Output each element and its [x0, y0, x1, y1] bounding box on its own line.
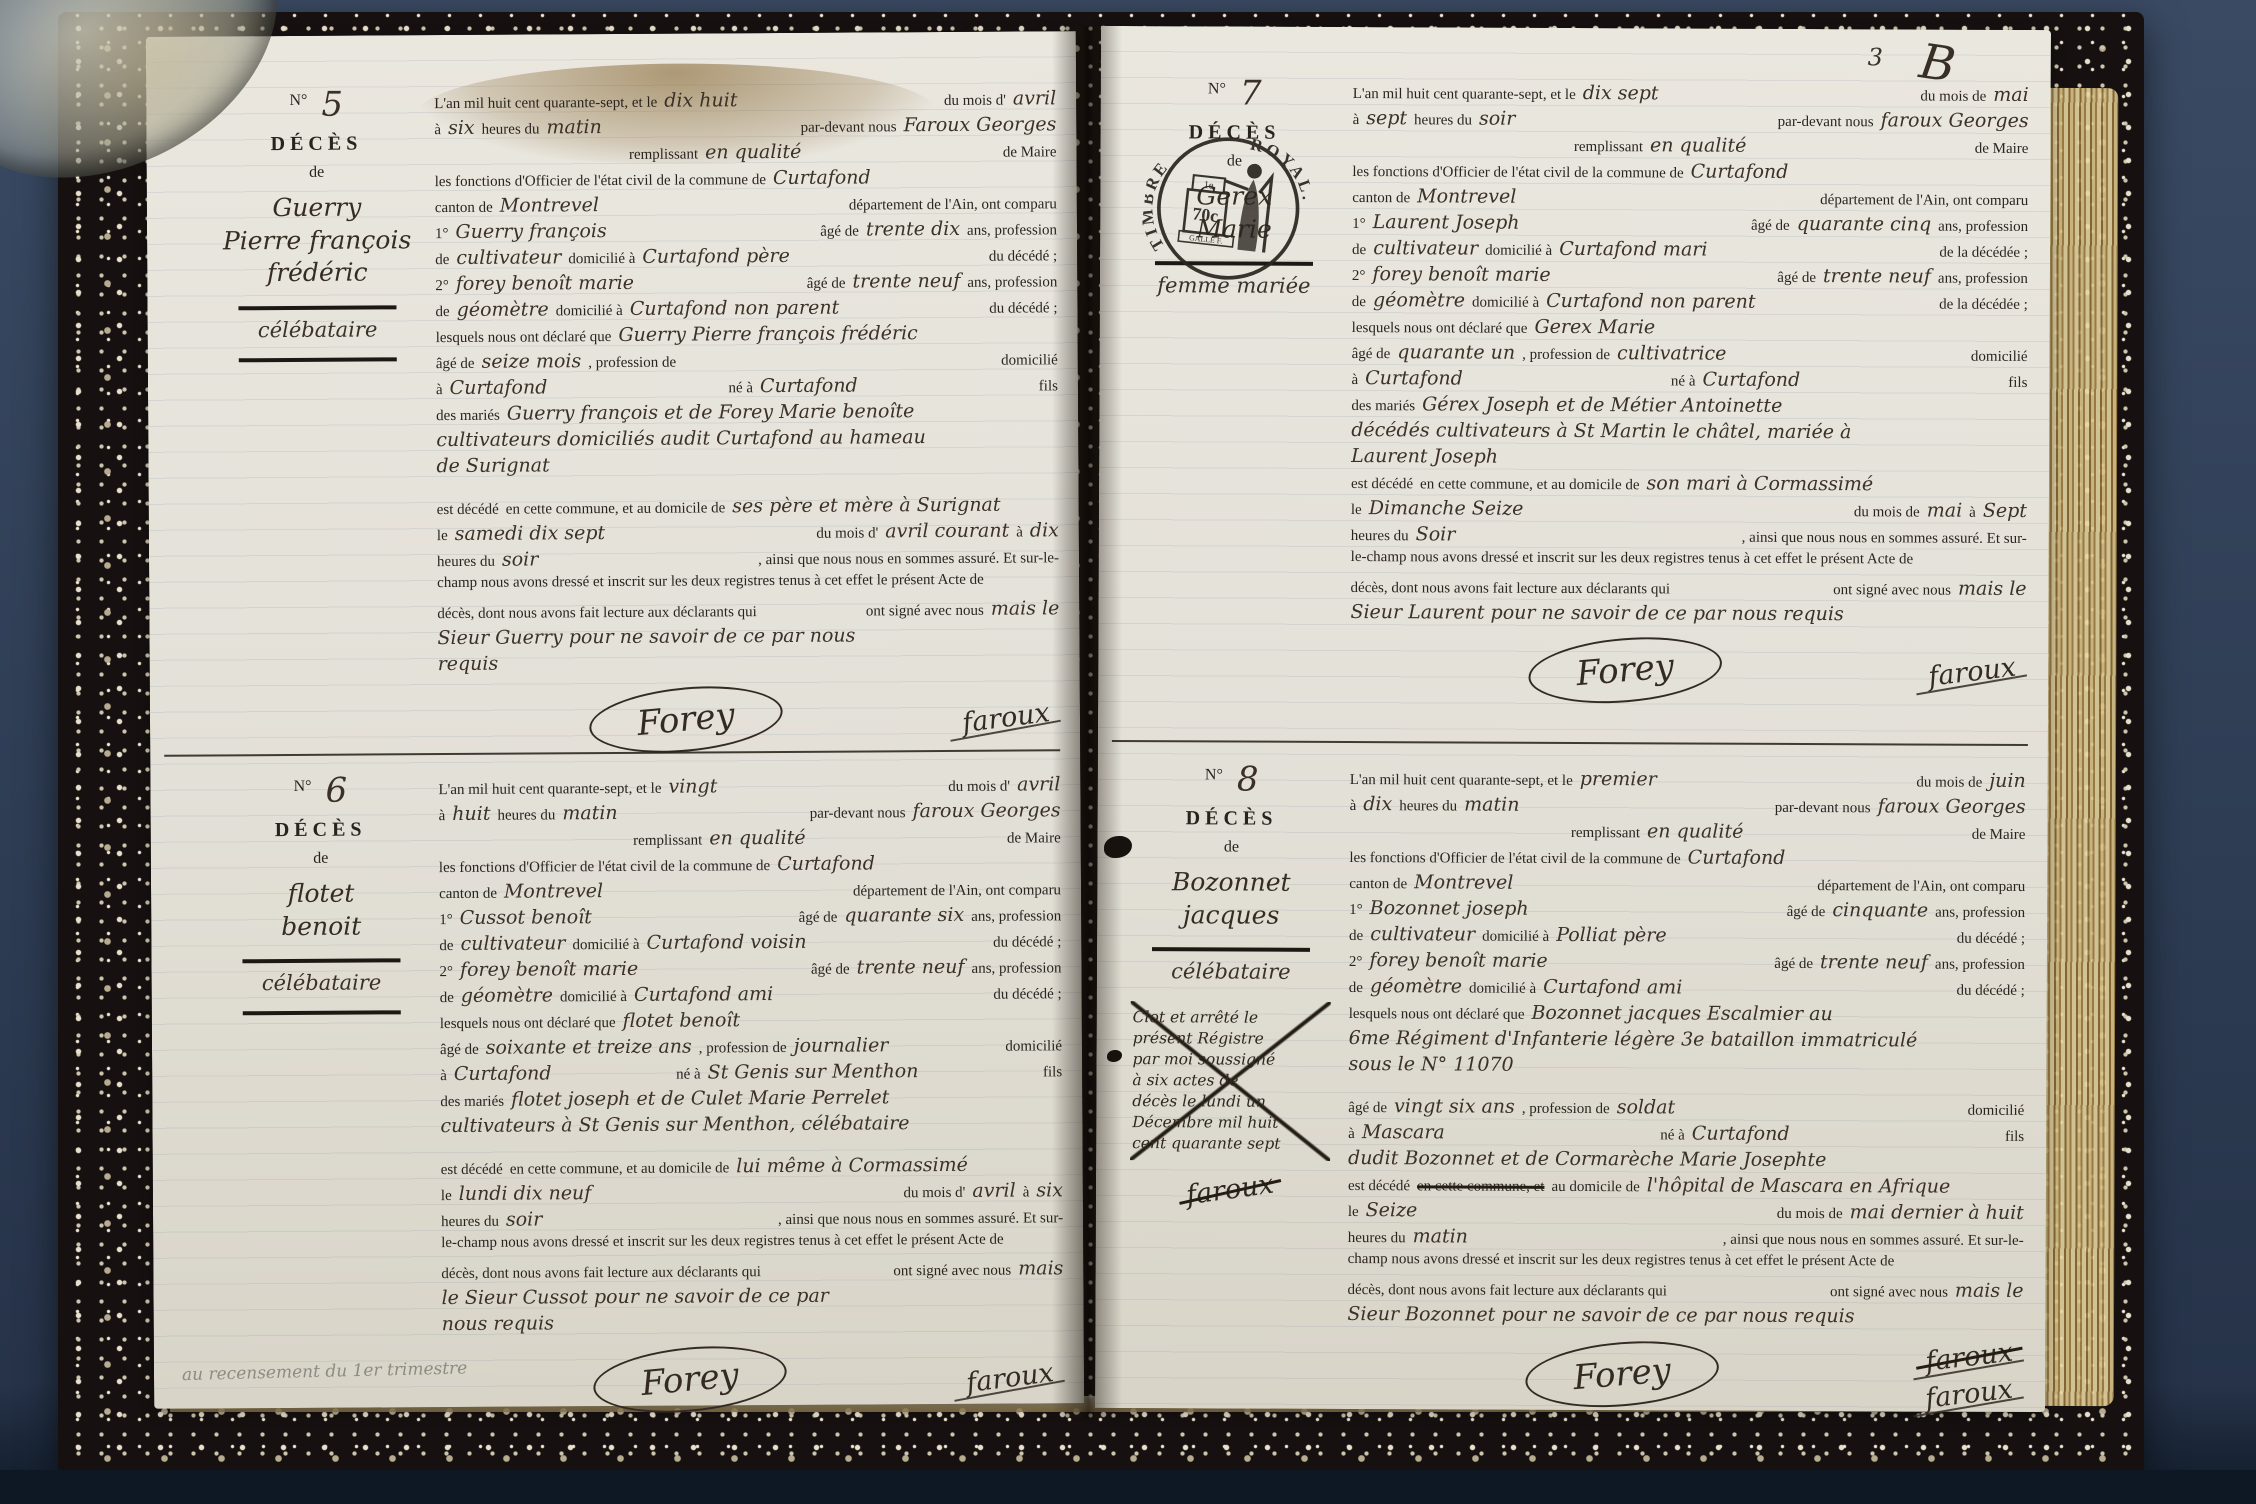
- handwritten-text: mai: [1993, 84, 2029, 106]
- record-line: lesquels nous ont déclaré queBozonnet ja…: [1349, 1001, 2025, 1030]
- printed-form-text: ans, profession: [971, 908, 1061, 926]
- handwritten-text: soir: [506, 1208, 542, 1230]
- printed-form-text: à: [1016, 525, 1023, 542]
- record-number-label: N°: [289, 92, 307, 110]
- record-line: de Surignat: [436, 451, 1058, 481]
- printed-form-text: de: [435, 252, 449, 269]
- printed-form-text: à: [1023, 1184, 1030, 1201]
- printed-form-text: canton de: [1352, 190, 1410, 207]
- handwritten-text: six: [448, 117, 475, 139]
- record-line: àCurtafondné àSt Genis sur Menthonfils: [440, 1059, 1062, 1089]
- handwritten-text: seize mois: [481, 350, 581, 373]
- record-line: 1°Bozonnet josephâgé decinquanteans, pro…: [1349, 897, 2025, 926]
- record-7-body: L'an mil huit cent quarante-sept, et led…: [1350, 81, 2029, 704]
- crossed-note-line: décès le lundi un: [1132, 1091, 1328, 1113]
- signature-row: Foreyfarouxfaroux: [1347, 1339, 2023, 1410]
- signature-stack: faroux: [952, 1362, 1054, 1394]
- handwritten-text: 6me Régiment d'Infanterie légère 3e bata…: [1349, 1027, 1918, 1051]
- printed-form-text: canton de: [435, 200, 493, 217]
- printed-form-text: département de l'Ain, ont comparu: [853, 882, 1061, 900]
- handwritten-text: trente neuf: [852, 270, 960, 293]
- margin-de-label: de: [213, 163, 421, 182]
- printed-form-text: de Maire: [1975, 141, 2029, 158]
- printed-form-text: à: [439, 808, 446, 825]
- record-number: 8: [1237, 767, 1259, 794]
- handwritten-text: Montrevel: [504, 880, 603, 903]
- printed-form-text: canton de: [439, 886, 497, 903]
- printed-form-text: de la décédée ;: [1939, 245, 2028, 262]
- deceased-name-line: jacques: [1127, 899, 1335, 932]
- printed-form-text: L'an mil huit cent quarante-sept, et le: [438, 781, 661, 799]
- printed-form-text: L'an mil huit cent quarante-sept, et le: [434, 95, 657, 113]
- printed-form-text: le: [437, 528, 448, 545]
- handwritten-text: Mascara: [1362, 1121, 1445, 1143]
- printed-form-text: heures du: [1351, 528, 1409, 545]
- record-number-label: N°: [294, 778, 312, 796]
- printed-form-text: 2°: [1352, 268, 1366, 285]
- printed-form-text: à: [1353, 112, 1360, 129]
- handwritten-text: trente neuf: [857, 956, 965, 979]
- handwritten-text: nous requis: [442, 1312, 554, 1335]
- printed-form-text: le: [441, 1188, 452, 1205]
- deceased-name-line: flotet: [217, 877, 425, 911]
- printed-form-text: de: [1349, 928, 1363, 945]
- record-number-label: N°: [1208, 80, 1226, 98]
- record-line: décès, dont nous avons fait lecture aux …: [441, 1257, 1063, 1287]
- handwritten-text: Curtafond: [773, 166, 871, 189]
- record-line: champ nous avons dressé et inscrit sur l…: [1348, 1251, 2024, 1280]
- printed-form-text: , ainsi que nous nous en sommes assuré. …: [1723, 1232, 2024, 1250]
- printed-form-text: est décédé: [437, 502, 499, 519]
- printed-form-text: âgé de: [1774, 956, 1813, 973]
- handwritten-text: matin: [546, 116, 601, 138]
- handwritten-text: en qualité: [1650, 134, 1746, 156]
- record-8-margin: N°8DÉCÈSdeBozonnetjacquescélébataireClot…: [1126, 766, 1336, 1206]
- printed-form-text: domicilié à: [1472, 295, 1539, 312]
- printed-form-text: remplissant: [629, 146, 698, 163]
- handwritten-text: Curtafond non parent: [1546, 290, 1755, 313]
- handwritten-text: journalier: [794, 1034, 889, 1057]
- record-line: est décédéen cette commune, et au domici…: [1351, 471, 2027, 500]
- handwritten-text: dix sept: [1583, 82, 1659, 104]
- handwritten-text: lui même à Cormassimé: [736, 1154, 968, 1177]
- printed-form-text: âgé de: [807, 276, 846, 293]
- handwritten-text: trente neuf: [1823, 265, 1931, 287]
- handwritten-text: trente dix: [866, 218, 960, 241]
- record-line: decultivateurdomicilié àCurtafond maride…: [1352, 237, 2028, 266]
- printed-form-text: est décédé: [1348, 1178, 1410, 1195]
- printed-form-text: lesquels nous ont déclaré que: [440, 1015, 616, 1033]
- margin-rule: [238, 305, 396, 310]
- stamp-value: 70c: [1191, 203, 1219, 226]
- record-line: les fonctions d'Officier de l'état civil…: [435, 165, 1057, 195]
- margin-rule: [239, 357, 397, 362]
- handwritten-text: flotet benoît: [623, 1009, 741, 1032]
- page-edges-right: [2044, 88, 2119, 1406]
- record-5-margin: N°5DÉCÈSdeGuerryPierre françoisfrédéricc…: [212, 91, 422, 370]
- crossed-note-line: par moi soussigné: [1132, 1049, 1328, 1071]
- record-line: est décédéen cette commune, etau domicil…: [1348, 1173, 2024, 1202]
- printed-form-text: du mois d': [816, 525, 878, 542]
- printed-form-text: en cette commune, et: [1417, 1178, 1545, 1196]
- record-line: àsixheures dumatinpar-devant nousFaroux …: [434, 113, 1056, 143]
- record-line: decultivateurdomicilié àCurtafond pèredu…: [435, 243, 1057, 273]
- record-line: lelundi dix neufdu mois d'avrilàsix: [441, 1179, 1063, 1209]
- record-line: 2°forey benoît marieâgé detrente neufans…: [439, 955, 1061, 985]
- record-line: remplissanten qualitéde Maire: [439, 825, 1061, 855]
- printed-form-text: ont signé avec nous: [1833, 582, 1951, 600]
- handwritten-text: Sept: [1983, 500, 2027, 522]
- record-line: Sieur Guerry pour ne savoir de ce par no…: [437, 623, 1059, 653]
- death-record-8: N°8DÉCÈSdeBozonnetjacquescélébataireClot…: [1125, 766, 2030, 1410]
- record-line: décès, dont nous avons fait lecture aux …: [1351, 575, 2027, 604]
- crossed-note-line: Clot et arrêté le: [1133, 1007, 1329, 1029]
- handwritten-text: juin: [1989, 770, 2026, 792]
- record-line: canton deMontreveldépartement de l'Ain, …: [439, 877, 1061, 907]
- printed-form-text: ont signé avec nous: [1830, 1284, 1948, 1302]
- printed-form-text: ont signé avec nous: [893, 1263, 1011, 1281]
- deceased-name: flotetbenoit: [217, 877, 425, 943]
- signature-stack: farouxfaroux: [1911, 1341, 2013, 1409]
- printed-form-text: du mois d': [944, 93, 1006, 110]
- printed-form-text: à: [436, 382, 443, 399]
- handwritten-text: Soir: [1416, 523, 1456, 545]
- record-line: décès, dont nous avons fait lecture aux …: [1347, 1277, 2023, 1306]
- record-line: heures dumatin, ainsi que nous nous en s…: [1348, 1225, 2024, 1254]
- printed-form-text: de: [440, 990, 454, 1007]
- handwritten-text: forey benoît marie: [460, 958, 638, 981]
- printed-form-text: né à: [728, 380, 753, 397]
- printed-form-text: domicilié: [1971, 349, 2028, 366]
- deceased-name-line: benoit: [217, 910, 425, 944]
- handwritten-text: Montrevel: [1417, 185, 1516, 207]
- handwritten-text: cultivateur: [456, 246, 561, 269]
- handwritten-text: Faroux Georges: [903, 113, 1056, 136]
- handwritten-text: faroux Georges: [1881, 109, 2029, 132]
- printed-form-text: par-devant nous: [1775, 800, 1871, 817]
- handwritten-text: quarante un: [1397, 341, 1515, 364]
- printed-form-text: de la décédée ;: [1939, 297, 2028, 314]
- printed-form-text: du mois d': [903, 1185, 965, 1202]
- signature-forey: Forey: [587, 679, 786, 761]
- signature-forey: Forey: [1523, 1334, 1721, 1414]
- handwritten-text: Curtafond ami: [634, 983, 773, 1006]
- record-number-label: N°: [1205, 766, 1223, 784]
- record-line: les fonctions d'Officier de l'état civil…: [1349, 845, 2025, 874]
- record-line: 2°forey benoît marieâgé detrente neufans…: [1352, 263, 2028, 292]
- printed-form-text: lesquels nous ont déclaré que: [1352, 320, 1528, 338]
- record-line: degéomètredomicilié àCurtafond amidu déc…: [440, 981, 1062, 1011]
- record-line: canton deMontreveldépartement de l'Ain, …: [1352, 185, 2028, 214]
- handwritten-text: matin: [1413, 1225, 1468, 1247]
- printed-form-text: ans, profession: [1938, 219, 2028, 236]
- printed-form-text: est décédé: [441, 1162, 503, 1179]
- record-line: lesquels nous ont déclaré queGuerry Pier…: [436, 321, 1058, 351]
- printed-form-text: né à: [1671, 373, 1696, 390]
- handwritten-text: sous le N° 11070: [1348, 1053, 1513, 1076]
- printed-form-text: âgé de: [1787, 904, 1826, 921]
- printed-form-text: , profession de: [1522, 347, 1610, 364]
- printed-form-text: des mariés: [436, 408, 500, 425]
- record-line: decultivateurdomicilié àCurtafond voisin…: [439, 929, 1061, 959]
- signature-faroux: faroux: [1927, 651, 2018, 692]
- printed-form-text: de Maire: [1972, 827, 2026, 844]
- record-line: canton deMontreveldépartement de l'Ain, …: [435, 191, 1057, 221]
- record-number-row: N°6: [216, 777, 424, 805]
- handwritten-text: samedi dix sept: [455, 522, 606, 545]
- handwritten-text: mai dernier à huit: [1850, 1201, 2024, 1224]
- record-line: cultivateurs à St Genis sur Menthon, cél…: [440, 1111, 1062, 1141]
- record-line: L'an mil huit cent quarante-sept, et led…: [434, 87, 1056, 117]
- printed-form-text: domicilié à: [1485, 243, 1552, 260]
- printed-form-text: du décédé ;: [1957, 931, 2025, 948]
- printed-form-text: de: [1349, 980, 1363, 997]
- record-line: 2°forey benoît marieâgé detrente neufans…: [1349, 949, 2025, 978]
- crossed-note-line: présent Régistre: [1133, 1028, 1329, 1050]
- printed-form-text: à: [440, 1068, 447, 1085]
- handwritten-text: Guerry françois et de Forey Marie benoît…: [507, 400, 915, 424]
- printed-form-text: département de l'Ain, ont comparu: [1820, 192, 2028, 210]
- printed-form-text: par-devant nous: [1778, 114, 1874, 131]
- printed-form-text: en cette commune, et au domicile de: [1420, 476, 1640, 494]
- printed-form-text: le-champ nous avons dressé et inscrit su…: [441, 1232, 1004, 1252]
- printed-form-text: de: [1352, 242, 1366, 259]
- record-number-row: N°5: [212, 91, 420, 119]
- deceased-name-line: Guerry: [213, 191, 421, 225]
- printed-form-text: le: [1348, 1204, 1359, 1221]
- record-line: est décédéen cette commune, et au domici…: [437, 493, 1059, 523]
- printed-form-text: âgé de: [799, 910, 838, 927]
- record-number-row: N°8: [1128, 766, 1336, 794]
- handwritten-text: Curtafond mari: [1559, 238, 1707, 261]
- printed-form-text: âgé de: [436, 356, 475, 373]
- record-line: les fonctions d'Officier de l'état civil…: [439, 851, 1061, 881]
- record-7-margin: TIMBRE ROYAL. 1e 70c GALLE F.: [1130, 80, 1339, 298]
- margin-deces-heading: DÉCÈS: [217, 818, 425, 842]
- printed-form-text: par-devant nous: [801, 119, 897, 137]
- handwritten-text: le Sieur Cussot pour ne savoir de ce par: [441, 1285, 828, 1309]
- record-line: le-champ nous avons dressé et inscrit su…: [1351, 549, 2027, 578]
- printed-form-text: de Maire: [1003, 144, 1057, 161]
- record-line: décédés cultivateurs à St Martin le chât…: [1351, 419, 2027, 448]
- folio-number: 3: [1868, 43, 1883, 71]
- handwritten-text: Polliat père: [1556, 924, 1667, 946]
- printed-form-text: né à: [676, 1066, 701, 1083]
- deceased-name: GuerryPierre françoisfrédéric: [213, 191, 422, 290]
- register-page-right: 3 B TIMBRE ROYAL. 1e: [1095, 26, 2051, 1412]
- record-line: 6me Régiment d'Infanterie légère 3e bata…: [1349, 1027, 2025, 1056]
- record-line: âgé deseize mois, profession dedomicilié: [436, 347, 1058, 377]
- printed-form-text: en cette commune, et au domicile de: [506, 500, 726, 518]
- signature-row: Foreyfaroux: [438, 685, 1060, 753]
- printed-form-text: décès, dont nous avons fait lecture aux …: [437, 604, 757, 623]
- record-6-margin: N°6DÉCÈSdeflotetbenoitcélébataire: [216, 777, 425, 1023]
- printed-form-text: du mois de: [1920, 89, 1986, 106]
- record-line: 1°Laurent Josephâgé dequarante cinqans, …: [1352, 211, 2028, 240]
- printed-form-text: L'an mil huit cent quarante-sept, et le: [1353, 86, 1576, 104]
- record-line: leDimanche Seizedu mois demaiàSept: [1351, 497, 2027, 526]
- printed-form-text: domicilié à: [1469, 981, 1536, 998]
- handwritten-text: forey benoît marie: [1372, 263, 1550, 286]
- record-line: 1°Cussot benoîtâgé dequarante sixans, pr…: [439, 903, 1061, 933]
- handwritten-text: Sieur Bozonnet pour ne savoir de ce par …: [1347, 1303, 1854, 1327]
- crossed-note-line: Décembre mil huit: [1132, 1112, 1328, 1134]
- printed-form-text: né à: [1660, 1127, 1685, 1144]
- printed-form-text: à: [1350, 798, 1357, 815]
- signature-faroux: faroux: [960, 697, 1051, 739]
- record-8-body: L'an mil huit cent quarante-sept, et lep…: [1347, 767, 2026, 1410]
- deceased-name-line: Bozonnet: [1127, 866, 1335, 899]
- printed-form-text: , ainsi que nous nous en sommes assuré. …: [758, 550, 1059, 569]
- handwritten-text: Curtafond: [450, 376, 548, 399]
- printed-form-text: à: [1351, 372, 1358, 389]
- handwritten-text: soldat: [1617, 1096, 1676, 1118]
- record-line: degéomètredomicilié àCurtafond non paren…: [435, 295, 1057, 325]
- record-line: àCurtafondné àCurtafondfils: [436, 373, 1058, 403]
- handwritten-text: vingt: [668, 775, 717, 797]
- printed-form-text: heures du: [497, 807, 555, 824]
- record-line: remplissanten qualitéde Maire: [1349, 819, 2025, 848]
- crossed-closure-note: Clot et arrêté leprésent Régistrepar moi…: [1130, 1001, 1331, 1160]
- printed-form-text: en cette commune, et au domicile de: [510, 1160, 730, 1178]
- printed-form-text: ans, profession: [1935, 905, 2025, 922]
- printed-form-text: heures du: [482, 121, 540, 138]
- printed-form-text: de: [435, 304, 449, 321]
- signature-stack: faroux: [1914, 656, 2016, 687]
- margin-rule: [243, 1011, 401, 1016]
- printed-form-text: est décédé: [1351, 476, 1413, 493]
- death-record-5: N°5DÉCÈSdeGuerryPierre françoisfrédéricc…: [212, 87, 1064, 748]
- record-line: âgé devingt six ans, profession desoldat…: [1348, 1095, 2024, 1124]
- record-line: requis: [438, 649, 1060, 679]
- signature-row: Foreyfaroux: [442, 1345, 1064, 1413]
- printed-form-text: décès, dont nous avons fait lecture aux …: [441, 1264, 761, 1283]
- printed-form-text: les fonctions d'Officier de l'état civil…: [435, 172, 766, 191]
- handwritten-text: huit: [452, 803, 490, 825]
- handwritten-text: l'hôpital de Mascara en Afrique: [1647, 1174, 1951, 1197]
- printed-form-text: de: [1352, 294, 1366, 311]
- handwritten-text: Curtafond: [454, 1062, 552, 1085]
- handwritten-text: soixante et treize ans: [486, 1036, 692, 1059]
- handwritten-text: avril: [1013, 87, 1056, 109]
- handwritten-text: son mari à Cormassimé: [1647, 472, 1874, 495]
- record-line: est décédéen cette commune, et au domici…: [441, 1153, 1063, 1183]
- record-line: remplissanten qualitéde Maire: [434, 139, 1056, 169]
- handwritten-text: Laurent Joseph: [1351, 445, 1498, 468]
- printed-form-text: 2°: [439, 964, 453, 981]
- record-line: décès, dont nous avons fait lecture aux …: [437, 597, 1059, 627]
- printed-form-text: domicilié à: [572, 937, 639, 954]
- printed-form-text: ans, profession: [971, 960, 1061, 978]
- record-line: lesquels nous ont déclaré queflotet beno…: [440, 1007, 1062, 1037]
- handwritten-text: soir: [1479, 108, 1515, 130]
- handwritten-text: Curtafond: [1692, 1123, 1790, 1145]
- printed-form-text: du mois de: [1916, 774, 1982, 791]
- handwritten-text: en qualité: [705, 141, 801, 164]
- record-line: sous le N° 11070: [1348, 1053, 2024, 1082]
- handwritten-text: soir: [502, 548, 538, 570]
- printed-form-text: département de l'Ain, ont comparu: [1817, 878, 2025, 896]
- handwritten-text: Curtafond: [1702, 369, 1800, 391]
- printed-form-text: le: [1351, 502, 1362, 519]
- printed-form-text: à: [434, 122, 441, 139]
- record-line: àCurtafondné àCurtafondfils: [1351, 367, 2027, 396]
- printed-form-text: du décédé ;: [1956, 983, 2024, 1000]
- printed-form-text: les fonctions d'Officier de l'état civil…: [1352, 164, 1683, 182]
- printed-form-text: les fonctions d'Officier de l'état civil…: [439, 858, 770, 877]
- record-line: L'an mil huit cent quarante-sept, et lev…: [438, 773, 1060, 803]
- record-number-row: N°7: [1131, 80, 1339, 108]
- handwritten-text: Curtafond: [1365, 367, 1463, 389]
- handwritten-text: dix huit: [664, 89, 737, 111]
- handwritten-text: quarante cinq: [1797, 213, 1932, 236]
- crossed-signature: faroux: [1184, 1168, 1275, 1211]
- handwritten-text: Sieur Laurent pour ne savoir de ce par n…: [1350, 601, 1843, 625]
- record-line: lesamedi dix septdu mois d'avril courant…: [437, 519, 1059, 549]
- record-line: leSeizedu mois demai dernier à huit: [1348, 1199, 2024, 1228]
- printed-form-text: du mois de: [1777, 1206, 1843, 1223]
- margin-de-label: de: [1127, 838, 1335, 857]
- handwritten-text: premier: [1580, 768, 1657, 790]
- death-record-6: N°6DÉCÈSdeflotetbenoitcélébataire L'an m…: [216, 773, 1068, 1398]
- handwritten-text: Guerry françois: [455, 220, 606, 243]
- printed-form-text: les fonctions d'Officier de l'état civil…: [1349, 850, 1680, 868]
- printed-form-text: lesquels nous ont déclaré que: [436, 329, 612, 347]
- handwritten-text: avril: [972, 1180, 1015, 1202]
- handwritten-text: faroux Georges: [1878, 795, 2026, 818]
- handwritten-text: forey benoît marie: [456, 272, 634, 295]
- marital-status: célébataire: [214, 317, 422, 342]
- handwritten-text: cinquante: [1832, 899, 1928, 921]
- record-line: des mariésGérex Joseph et de Métier Anto…: [1351, 393, 2027, 422]
- printed-form-text: , profession de: [699, 1040, 787, 1058]
- printed-form-text: domicilié à: [556, 303, 623, 320]
- signature-stack: faroux: [948, 702, 1050, 734]
- record-line: degéomètredomicilié àCurtafond amidu déc…: [1349, 975, 2025, 1004]
- handwritten-text: cultivateur: [1373, 237, 1478, 259]
- signature-faroux: faroux: [1924, 1337, 2015, 1378]
- printed-form-text: à: [1348, 1126, 1355, 1143]
- signature-forey: Forey: [1526, 630, 1724, 710]
- signature-faroux: faroux: [1924, 1374, 2015, 1415]
- printed-form-text: L'an mil huit cent quarante-sept, et le: [1350, 772, 1573, 790]
- handwritten-text: géomètre: [1373, 289, 1465, 311]
- margin-rule: [1152, 947, 1310, 952]
- record-line: des mariésGuerry françois et de Forey Ma…: [436, 399, 1058, 429]
- printed-form-text: , profession de: [1522, 1101, 1610, 1118]
- printed-form-text: par-devant nous: [810, 805, 906, 823]
- handwritten-text: en qualité: [1647, 820, 1743, 842]
- printed-form-text: au domicile de: [1551, 1179, 1639, 1196]
- printed-form-text: ans, profession: [967, 222, 1057, 240]
- handwritten-text: sept: [1366, 107, 1407, 129]
- handwritten-text: cultivateurs domiciliés audit Curtafond …: [436, 426, 926, 451]
- record-line: âgé desoixante et treize ans, profession…: [440, 1033, 1062, 1063]
- handwritten-text: requis: [438, 653, 499, 675]
- handwritten-text: géomètre: [1370, 975, 1462, 997]
- handwritten-text: vingt six ans: [1394, 1095, 1515, 1118]
- printed-form-text: fils: [2005, 1129, 2024, 1146]
- handwritten-text: Laurent Joseph: [1373, 211, 1520, 234]
- printed-form-text: remplissant: [1574, 139, 1643, 156]
- printed-form-text: des mariés: [1351, 398, 1415, 415]
- printed-form-text: remplissant: [633, 832, 702, 849]
- margin-deces-heading: DÉCÈS: [212, 132, 420, 156]
- printed-form-text: ans, profession: [1935, 957, 2025, 974]
- handwritten-text: mais le: [1958, 578, 2027, 600]
- printed-form-text: 1°: [435, 226, 449, 243]
- printed-form-text: âgé de: [1777, 270, 1816, 287]
